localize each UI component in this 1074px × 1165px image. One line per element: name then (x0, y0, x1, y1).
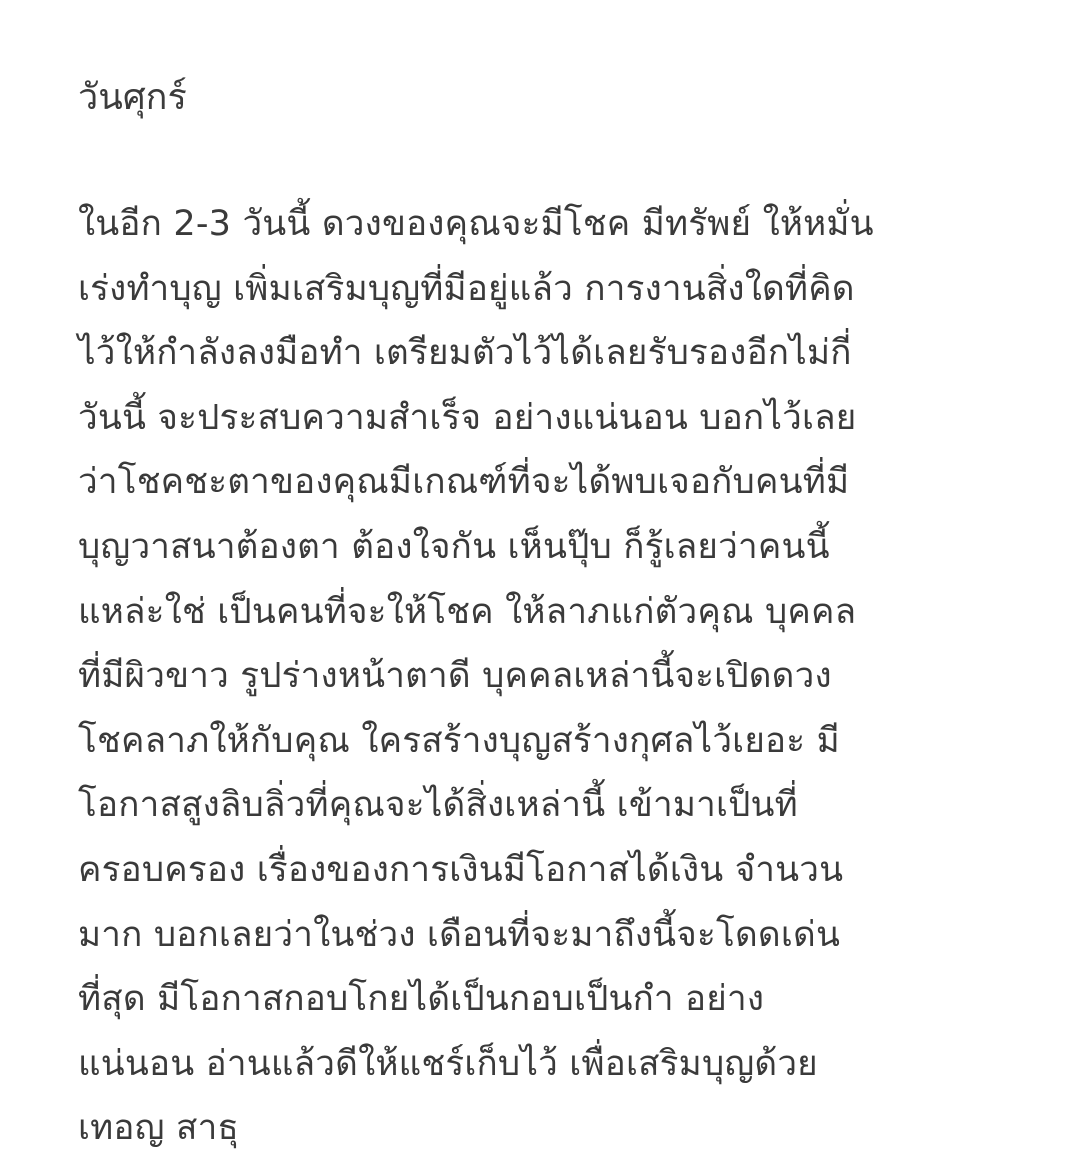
document-page: วันศุกร์ ในอีก 2-3 วันนี้ ดวงของคุณจะมีโ… (0, 0, 1074, 1165)
body-line: ที่สุด มีโอกาสกอบโกยได้เป็นกอบเป็นกำ อย่… (78, 967, 1068, 1032)
body-line: ว่าโชคชะตาของคุณมีเกณฑ์ที่จะได้พบเจอกับค… (78, 450, 1068, 515)
body-line: ในอีก 2-3 วันนี้ ดวงของคุณจะมีโชค มีทรัพ… (78, 192, 1068, 257)
body-line: แน่นอน อ่านแล้วดีให้แชร์เก็บไว้ เพื่อเสร… (78, 1032, 1068, 1097)
day-heading: วันศุกร์ (78, 68, 187, 128)
body-line: ครอบครอง เรื่องของการเงินมีโอกาสได้เงิน … (78, 838, 1068, 903)
body-line: โอกาสสูงลิบลิ่วที่คุณจะได้สิ่งเหล่านี้ เ… (78, 773, 1068, 838)
body-line: บุญวาสนาต้องตา ต้องใจกัน เห็นปุ๊บ ก็รู้เ… (78, 515, 1068, 580)
horoscope-body: ในอีก 2-3 วันนี้ ดวงของคุณจะมีโชค มีทรัพ… (78, 192, 1068, 1161)
body-line: เร่งทำบุญ เพิ่มเสริมบุญที่มีอยู่แล้ว การ… (78, 257, 1068, 322)
body-line: ไว้ให้กำลังลงมือทำ เตรียมตัวไว้ได้เลยรับ… (78, 321, 1068, 386)
body-line: โชคลาภให้กับคุณ ใครสร้างบุญสร้างกุศลไว้เ… (78, 709, 1068, 774)
body-line: ที่มีผิวขาว รูปร่างหน้าตาดี บุคคลเหล่านี… (78, 644, 1068, 709)
body-line: มาก บอกเลยว่าในช่วง เดือนที่จะมาถึงนี้จะ… (78, 903, 1068, 968)
body-line: เทอญ สาธุ (78, 1096, 1068, 1161)
body-line: วันนี้ จะประสบความสำเร็จ อย่างแน่นอน บอก… (78, 386, 1068, 451)
body-line: แหล่ะใช่ เป็นคนที่จะให้โชค ให้ลาภแก่ตัวค… (78, 580, 1068, 645)
